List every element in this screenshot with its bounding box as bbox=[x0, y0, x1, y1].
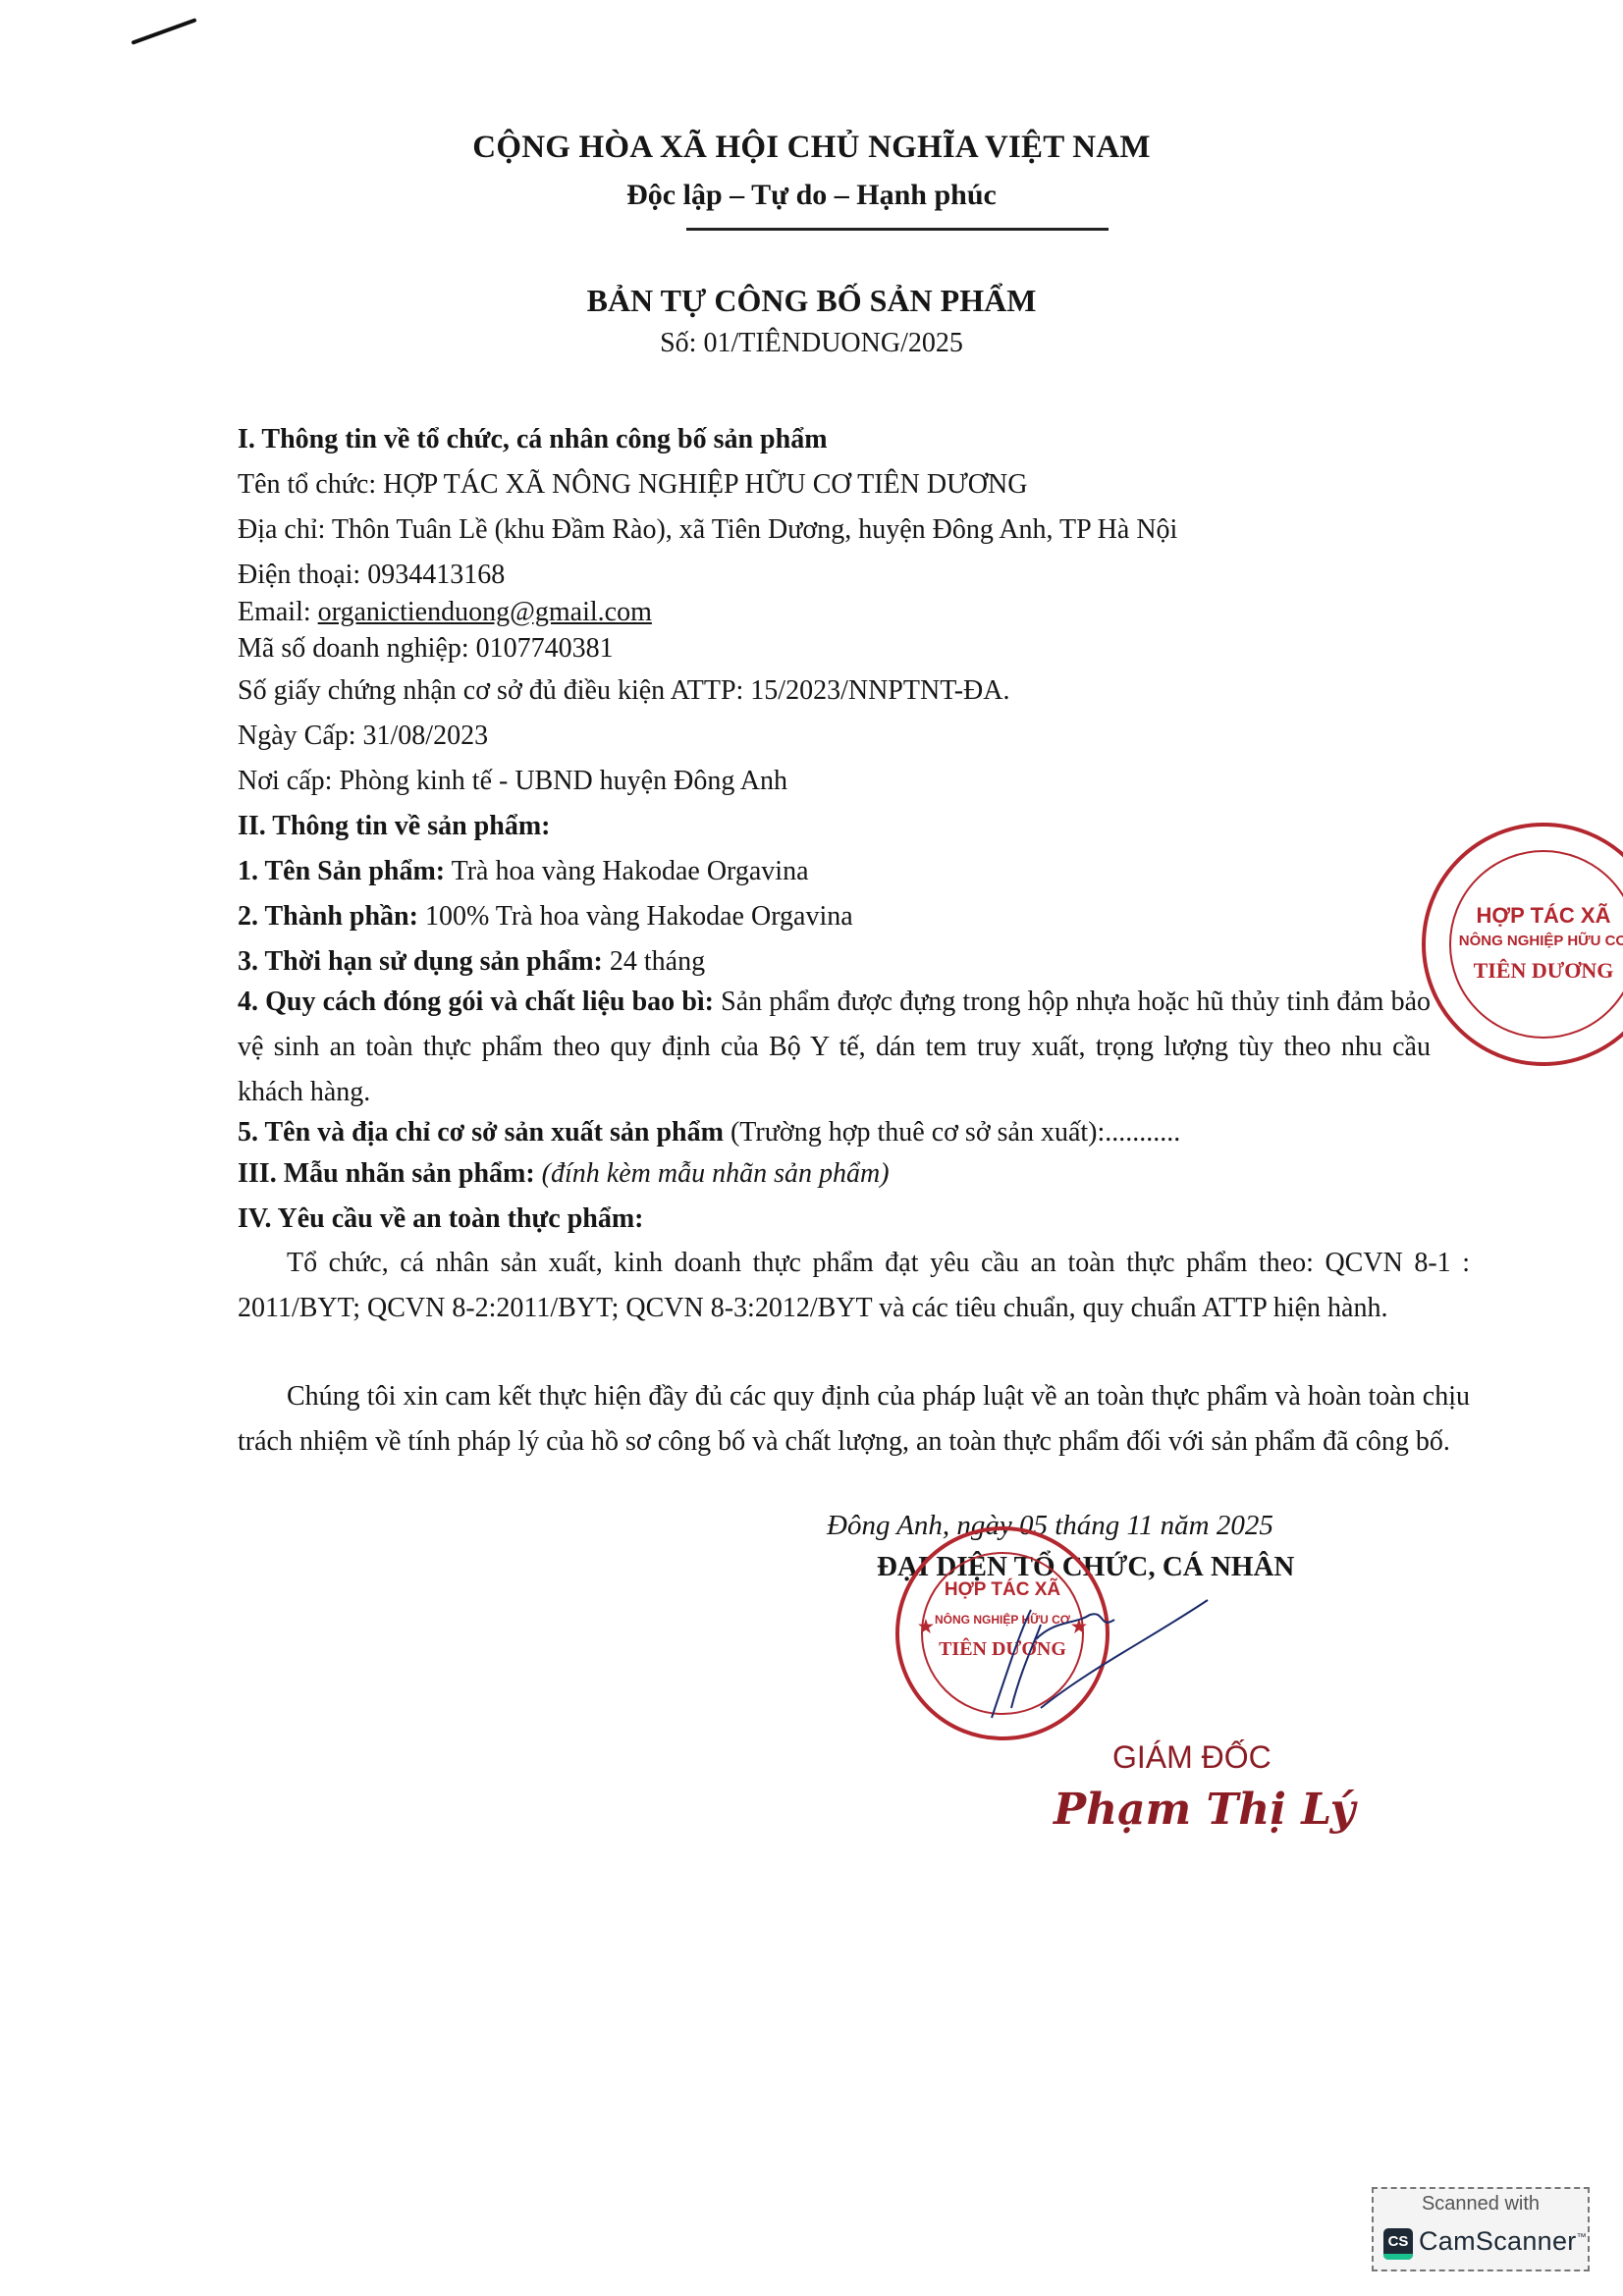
company-stamp-edge: HỢP TÁC XÃ NÔNG NGHIỆP HỮU CƠ TIÊN DƯƠNG bbox=[1422, 823, 1623, 1066]
signer-name: Phạm Thị Lý bbox=[1054, 1785, 1355, 1835]
address-label: Địa chỉ: bbox=[238, 514, 332, 545]
shelf-life-value: 24 tháng bbox=[603, 946, 705, 977]
certificate-row: Số giấy chứng nhận cơ sở đủ điều kiện AT… bbox=[238, 675, 1010, 707]
handwritten-signature bbox=[982, 1571, 1217, 1728]
ingredients-label: 2. Thành phần: bbox=[238, 901, 418, 932]
section3-note: (đính kèm mẫu nhãn sản phẩm) bbox=[542, 1158, 890, 1189]
product-item: 1. Tên Sản phẩm: Trà hoa vàng Hakodae Or… bbox=[238, 856, 809, 887]
stamp-line2: NÔNG NGHIỆP HỮU CƠ bbox=[1426, 933, 1623, 949]
camscanner-watermark: Scanned with CS CamScanner™ bbox=[1372, 2187, 1590, 2271]
pen-mark bbox=[131, 18, 196, 45]
camscanner-logo-icon: CS bbox=[1383, 2228, 1413, 2260]
issue-date-value: 31/08/2023 bbox=[363, 721, 489, 751]
tax-code-value: 0107740381 bbox=[476, 633, 614, 664]
issuer-row: Nơi cấp: Phòng kinh tế - UBND huyện Đông… bbox=[238, 766, 787, 797]
phone-row: Điện thoại: 0934413168 bbox=[238, 560, 505, 591]
product-item: 5. Tên và địa chỉ cơ sở sản xuất sản phẩ… bbox=[238, 1117, 1180, 1148]
section2-heading: II. Thông tin về sản phẩm: bbox=[238, 811, 550, 842]
issue-date-label: Ngày Cấp: bbox=[238, 721, 363, 751]
phone-value: 0934413168 bbox=[367, 560, 505, 590]
product-name-value: Trà hoa vàng Hakodae Orgavina bbox=[445, 856, 808, 886]
email-link[interactable]: organictienduong@gmail.com bbox=[318, 597, 652, 627]
manufacturer-label: 5. Tên và địa chỉ cơ sở sản xuất sản phẩ… bbox=[238, 1117, 724, 1148]
camscanner-brand: CamScanner™ bbox=[1419, 2226, 1587, 2257]
product-item: 3. Thời hạn sử dụng sản phẩm: 24 tháng bbox=[238, 946, 705, 978]
stamp-line1: HỢP TÁC XÃ bbox=[1426, 903, 1623, 929]
commitment-paragraph: Chúng tôi xin cam kết thực hiện đầy đủ c… bbox=[238, 1374, 1470, 1465]
section3-row: III. Mẫu nhãn sản phẩm: (đính kèm mẫu nh… bbox=[238, 1158, 890, 1190]
phone-label: Điện thoại: bbox=[238, 560, 367, 590]
section4-heading: IV. Yêu cầu về an toàn thực phẩm: bbox=[238, 1203, 644, 1235]
section1-heading: I. Thông tin về tổ chức, cá nhân công bố… bbox=[238, 424, 828, 455]
org-name-label: Tên tổ chức: bbox=[238, 469, 383, 500]
national-title: CỘNG HÒA XÃ HỘI CHỦ NGHĨA VIỆT NAM bbox=[0, 130, 1623, 166]
certificate-value: 15/2023/NNPTNT-ĐA. bbox=[750, 675, 1009, 706]
manufacturer-value: (Trường hợp thuê cơ sở sản xuất):.......… bbox=[724, 1117, 1180, 1148]
issuer-label: Nơi cấp: bbox=[238, 766, 339, 796]
safety-paragraph: Tổ chức, cá nhân sản xuất, kinh doanh th… bbox=[238, 1241, 1470, 1331]
certificate-label: Số giấy chứng nhận cơ sở đủ điều kiện AT… bbox=[238, 675, 750, 706]
brand-name: CamScanner bbox=[1419, 2226, 1577, 2256]
document-title: BẢN TỰ CÔNG BỐ SẢN PHẨM bbox=[0, 283, 1623, 319]
scanned-with-label: Scanned with bbox=[1374, 2193, 1588, 2216]
ingredients-value: 100% Trà hoa vàng Hakodae Orgavina bbox=[418, 901, 853, 932]
address-value: Thôn Tuân Lề (khu Đầm Rào), xã Tiên Dươn… bbox=[332, 514, 1177, 545]
product-item: 4. Quy cách đóng gói và chất liệu bao bì… bbox=[238, 980, 1431, 1115]
email-row: Email: organictienduong@gmail.com bbox=[238, 597, 652, 628]
packaging-label: 4. Quy cách đóng gói và chất liệu bao bì… bbox=[238, 987, 714, 1017]
issue-date-row: Ngày Cấp: 31/08/2023 bbox=[238, 721, 488, 752]
email-label: Email: bbox=[238, 597, 318, 627]
product-name-label: 1. Tên Sản phẩm: bbox=[238, 856, 445, 886]
product-item: 2. Thành phần: 100% Trà hoa vàng Hakodae… bbox=[238, 901, 853, 933]
tax-code-row: Mã số doanh nghiệp: 0107740381 bbox=[238, 633, 614, 665]
tax-code-label: Mã số doanh nghiệp: bbox=[238, 633, 476, 664]
national-motto: Độc lập – Tự do – Hạnh phúc bbox=[0, 179, 1623, 212]
document-number: Số: 01/TIÊNDUONG/2025 bbox=[0, 328, 1623, 359]
org-name-value: HỢP TÁC XÃ NÔNG NGHIỆP HỮU CƠ TIÊN DƯƠNG bbox=[383, 469, 1027, 500]
address-row: Địa chỉ: Thôn Tuân Lề (khu Đầm Rào), xã … bbox=[238, 514, 1177, 546]
org-name-row: Tên tổ chức: HỢP TÁC XÃ NÔNG NGHIỆP HỮU … bbox=[238, 469, 1027, 501]
shelf-life-label: 3. Thời hạn sử dụng sản phẩm: bbox=[238, 946, 603, 977]
issuer-value: Phòng kinh tế - UBND huyện Đông Anh bbox=[339, 766, 787, 796]
section3-heading: III. Mẫu nhãn sản phẩm: bbox=[238, 1158, 542, 1189]
motto-underline bbox=[686, 228, 1109, 231]
signer-title: GIÁM ĐỐC bbox=[1112, 1739, 1271, 1776]
stamp-line3: TIÊN DƯƠNG bbox=[1426, 958, 1623, 984]
trademark: ™ bbox=[1577, 2232, 1587, 2243]
